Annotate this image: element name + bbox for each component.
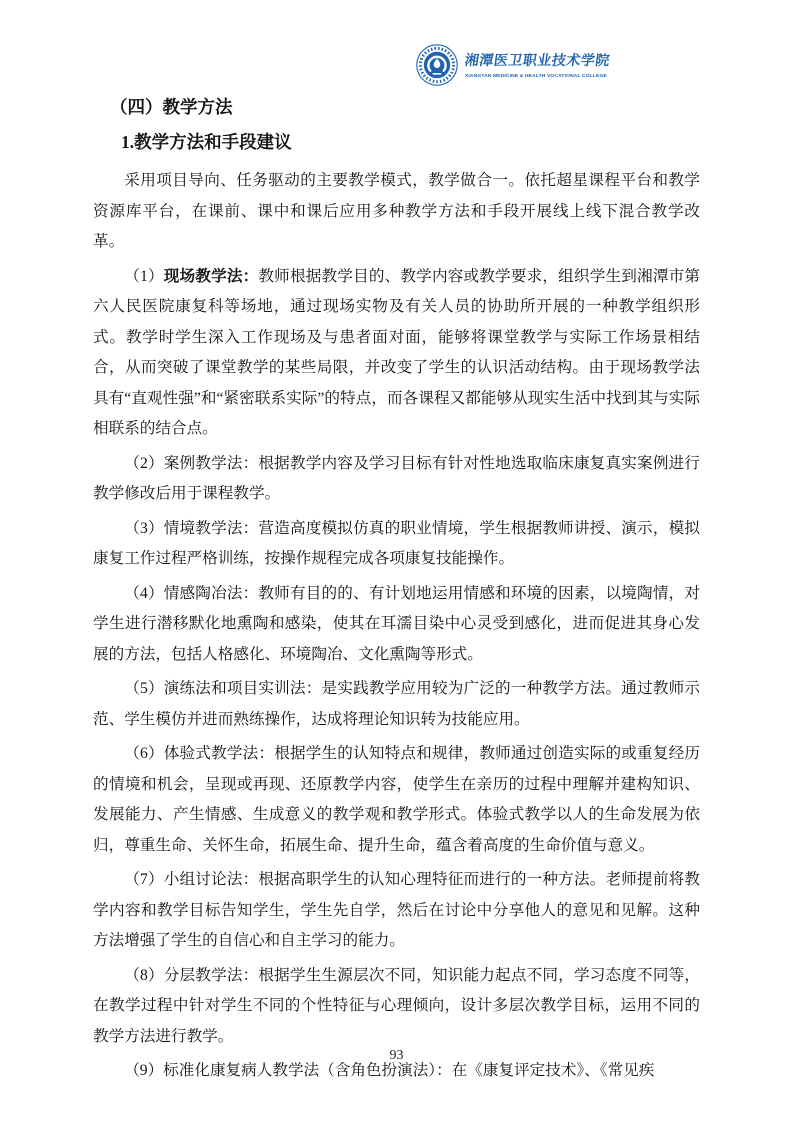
- method-label: 分层教学法：: [164, 967, 259, 984]
- method-paragraph-4: （4）情感陶冶法：教师有目的的、有计划地运用情感和环境的因素，以境陶情，对学生进…: [93, 579, 700, 671]
- method-paragraph-6: （6）体验式教学法：根据学生的认知特点和规律，教师通过创造实际的或重复经历的情境…: [93, 739, 700, 861]
- method-paragraph-5: （5）演练法和项目实训法：是实践教学应用较为广泛的一种教学方法。通过教师示范、学…: [93, 674, 700, 735]
- method-number: （2）: [124, 455, 164, 472]
- method-label: 体验式教学法：: [164, 745, 274, 762]
- page-content: （四）教学方法 1.教学方法和手段建议 采用项目导向、任务驱动的主要教学模式，教…: [0, 0, 793, 1087]
- method-text: 在《康复评定技术》、《常见疾: [452, 1062, 655, 1079]
- method-paragraph-3: （3）情境教学法：营造高度模拟仿真的职业情境，学生根据教师讲授、演示，模拟康复工…: [93, 514, 700, 575]
- method-number: （7）: [124, 871, 164, 888]
- method-label: 情境教学法：: [164, 520, 259, 537]
- method-paragraph-7: （7）小组讨论法：根据高职学生的认知心理特征而进行的一种方法。老师提前将教学内容…: [93, 865, 700, 957]
- method-label: 演练法和项目实训法：: [164, 680, 322, 697]
- method-text: 教师根据教学目的、教学内容或教学要求，组织学生到湘潭市第六人民医院康复科等场地，…: [93, 268, 700, 438]
- college-name-block: 湘潭医卫职业技术学院 XIANGTAN MEDICINE & HEALTH VO…: [465, 50, 694, 80]
- method-number: （3）: [124, 520, 164, 537]
- college-emblem-icon: [416, 44, 458, 86]
- method-label: 现场教学法：: [164, 268, 259, 285]
- subsection-title: 1.教学方法和手段建议: [93, 131, 700, 153]
- method-number: （9）: [124, 1062, 163, 1079]
- document-page: 湘潭医卫职业技术学院 XIANGTAN MEDICINE & HEALTH VO…: [0, 0, 793, 1122]
- method-number: （5）: [124, 680, 164, 697]
- method-paragraph-8: （8）分层教学法：根据学生生源层次不同，知识能力起点不同，学习态度不同等，在教学…: [93, 961, 700, 1053]
- section-title: （四）教学方法: [93, 96, 700, 118]
- method-paragraph-1: （1）现场教学法：教师根据教学目的、教学内容或教学要求，组织学生到湘潭市第六人民…: [93, 262, 700, 445]
- method-label: 小组讨论法：: [164, 871, 259, 888]
- method-label: 标准化康复病人教学法（含角色扮演法）：: [163, 1062, 451, 1079]
- method-paragraph-2: （2）案例教学法：根据教学内容及学习目标有针对性地选取临床康复真实案例进行教学修…: [93, 449, 700, 510]
- method-number: （4）: [124, 585, 164, 602]
- intro-paragraph: 采用项目导向、任务驱动的主要教学模式，教学做合一。依托超星课程平台和教学资源库平…: [93, 166, 700, 258]
- method-number: （6）: [124, 745, 164, 762]
- college-name-zh: 湘潭医卫职业技术学院: [464, 50, 696, 70]
- method-label: 情感陶冶法：: [164, 585, 259, 602]
- college-name-en: XIANGTAN MEDICINE & HEALTH VOCATIONAL CO…: [465, 73, 607, 79]
- method-number: （1）: [124, 268, 164, 285]
- page-number: 93: [0, 1048, 793, 1064]
- method-label: 案例教学法：: [164, 455, 259, 472]
- college-logo: 湘潭医卫职业技术学院 XIANGTAN MEDICINE & HEALTH VO…: [416, 44, 694, 86]
- method-number: （8）: [124, 967, 164, 984]
